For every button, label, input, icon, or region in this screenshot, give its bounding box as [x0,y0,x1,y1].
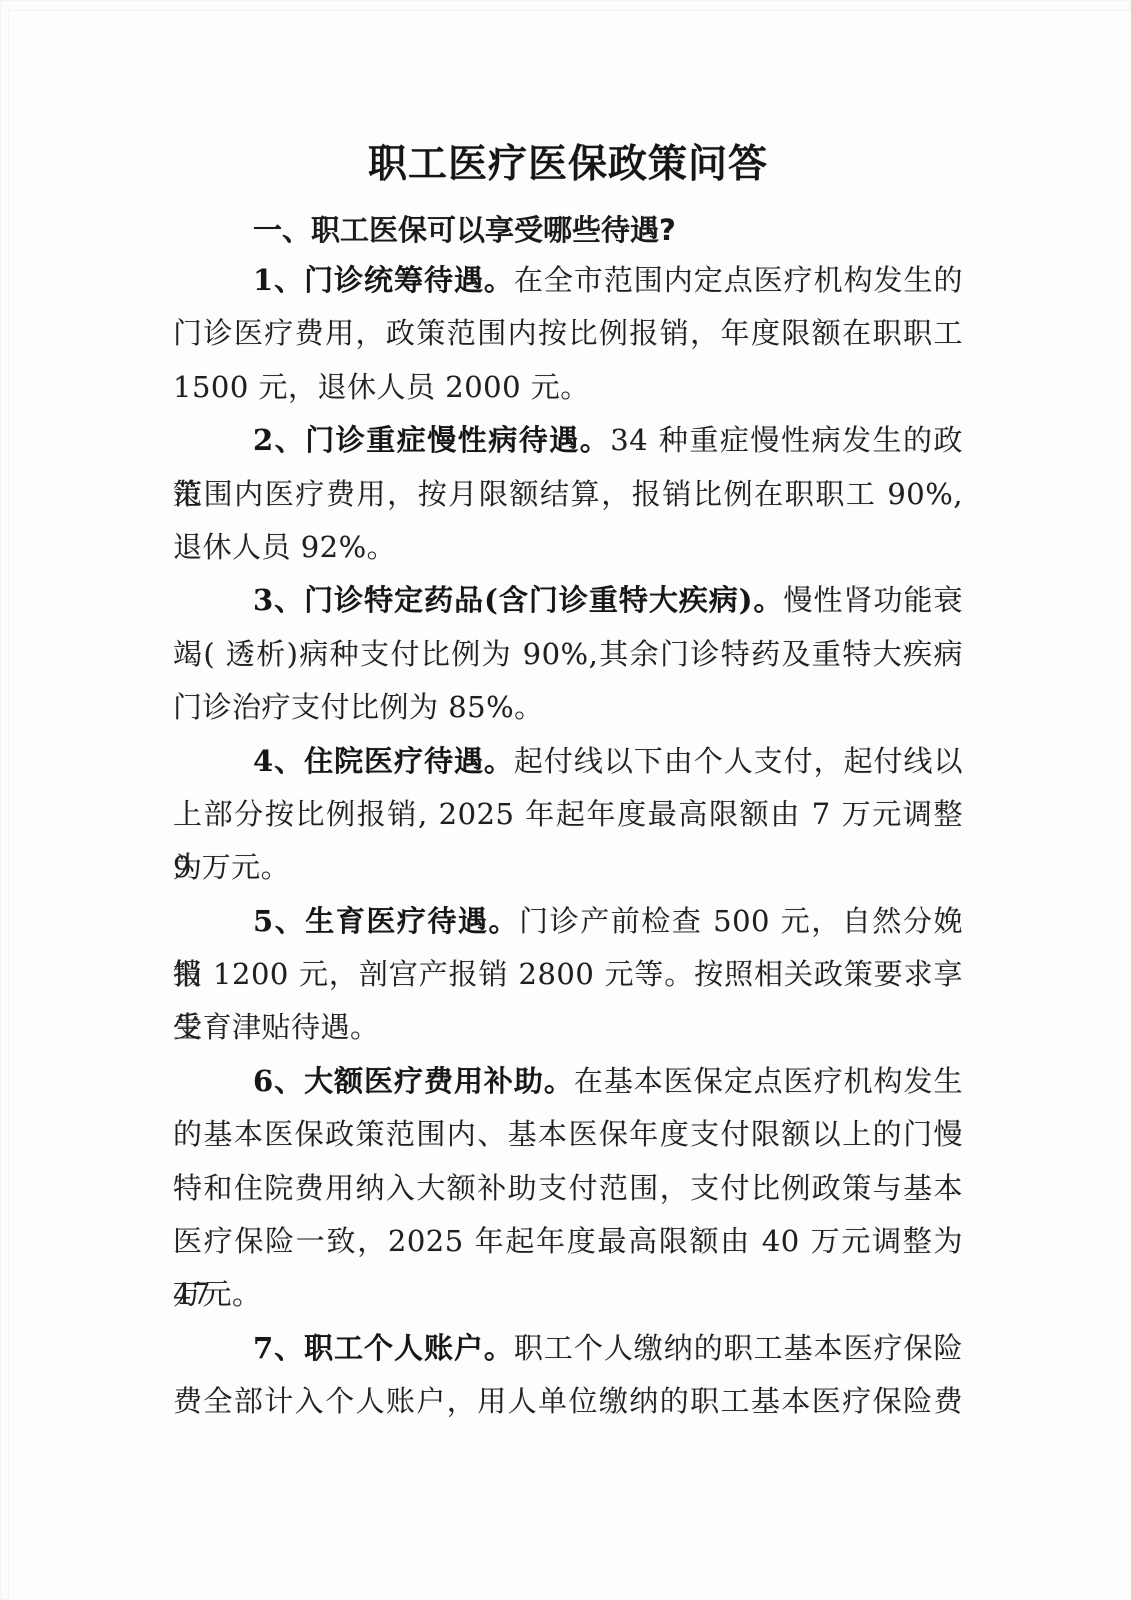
paragraph-text: 慢性肾功能衰 [784,583,963,617]
document-title: 职工医疗医保政策问答 [173,140,963,188]
paragraph-line: 1500 元，退休人员 2000 元。 [173,361,963,414]
document-content: 职工医疗医保政策问答 一、职工医保可以享受哪些待遇? 1、门诊统筹待遇。在全市范… [173,140,963,1429]
paragraph-first-line: 7、职工个人账户。职工个人缴纳的职工基本医疗保险 [173,1322,963,1375]
paragraph-first-line: 4、住院医疗待遇。起付线以下由个人支付，起付线以 [173,735,963,788]
paragraph-3: 3、门诊特定药品(含门诊重特大疾病)。慢性肾功能衰 竭( 透析)病种支付比例为 … [173,574,963,734]
paragraph-first-line: 6、大额医疗费用补助。在基本医保定点医疗机构发生 [173,1055,963,1108]
paragraph-6: 6、大额医疗费用补助。在基本医保定点医疗机构发生 的基本医保政策范围内、基本医保… [173,1055,963,1322]
paragraph-line: 费全部计入个人账户，用人单位缴纳的职工基本医疗保险费 [173,1375,963,1428]
paragraph-line: 特和住院费用纳入大额补助支付范围，支付比例政策与基本 [173,1162,963,1215]
paragraph-line: 范围内医疗费用，按月限额结算，报销比例在职职工 90%, [173,468,963,521]
paragraph-text: 起付线以下由个人支付，起付线以 [514,744,963,778]
paragraph-first-line: 3、门诊特定药品(含门诊重特大疾病)。慢性肾功能衰 [173,574,963,627]
paragraph-4: 4、住院医疗待遇。起付线以下由个人支付，起付线以 上部分按比例报销, 2025 … [173,735,963,895]
paragraph-line: 门诊医疗费用，政策范围内按比例报销，年度限额在职职工 [173,307,963,360]
paragraph-text: 在基本医保定点医疗机构发生 [574,1064,963,1098]
paragraph-first-line: 1、门诊统筹待遇。在全市范围内定点医疗机构发生的 [173,254,963,307]
paragraph-line: 生育津贴待遇。 [173,1001,963,1054]
paragraph-first-line: 2、门诊重症慢性病待遇。34 种重症慢性病发生的政策 [173,414,963,467]
paragraph-lead: 4、住院医疗待遇。 [253,744,514,778]
paragraph-lead: 6、大额医疗费用补助。 [253,1064,574,1098]
paragraph-line: 医疗保险一致，2025 年起年度最高限额由 40 万元调整为 47 [173,1215,963,1268]
paragraph-lead: 1、门诊统筹待遇。 [253,263,514,297]
paragraph-lead: 2、门诊重症慢性病待遇。 [253,423,610,457]
paragraph-lead: 3、门诊特定药品(含门诊重特大疾病)。 [253,583,784,617]
document-page: 职工医疗医保政策问答 一、职工医保可以享受哪些待遇? 1、门诊统筹待遇。在全市范… [0,0,1131,1600]
paragraph-line: 的基本医保政策范围内、基本医保年度支付限额以上的门慢 [173,1108,963,1161]
paragraph-2: 2、门诊重症慢性病待遇。34 种重症慢性病发生的政策 范围内医疗费用，按月限额结… [173,414,963,574]
section-heading: 一、职工医保可以享受哪些待遇? [173,206,963,254]
paragraph-text: 在全市范围内定点医疗机构发生的 [514,263,963,297]
paragraph-lead: 5、生育医疗待遇。 [253,904,519,938]
paragraph-first-line: 5、生育医疗待遇。门诊产前检查 500 元，自然分娩报 [173,895,963,948]
paragraph-line: 门诊治疗支付比例为 85%。 [173,681,963,734]
paragraph-line: 销 1200 元，剖宫产报销 2800 元等。按照相关政策要求享受 [173,948,963,1001]
paragraph-line: 9 万元。 [173,841,963,894]
paragraph-line: 万元。 [173,1268,963,1321]
paragraph-5: 5、生育医疗待遇。门诊产前检查 500 元，自然分娩报 销 1200 元，剖宫产… [173,895,963,1055]
paragraph-line: 退休人员 92%。 [173,521,963,574]
paragraph-7: 7、职工个人账户。职工个人缴纳的职工基本医疗保险 费全部计入个人账户，用人单位缴… [173,1322,963,1429]
paragraph-line: 竭( 透析)病种支付比例为 90%,其余门诊特药及重特大疾病 [173,628,963,681]
paragraph-text: 职工个人缴纳的职工基本医疗保险 [514,1331,963,1365]
paragraph-lead: 7、职工个人账户。 [253,1331,514,1365]
paragraph-1: 1、门诊统筹待遇。在全市范围内定点医疗机构发生的 门诊医疗费用，政策范围内按比例… [173,254,963,414]
paragraph-line: 上部分按比例报销, 2025 年起年度最高限额由 7 万元调整为 [173,788,963,841]
